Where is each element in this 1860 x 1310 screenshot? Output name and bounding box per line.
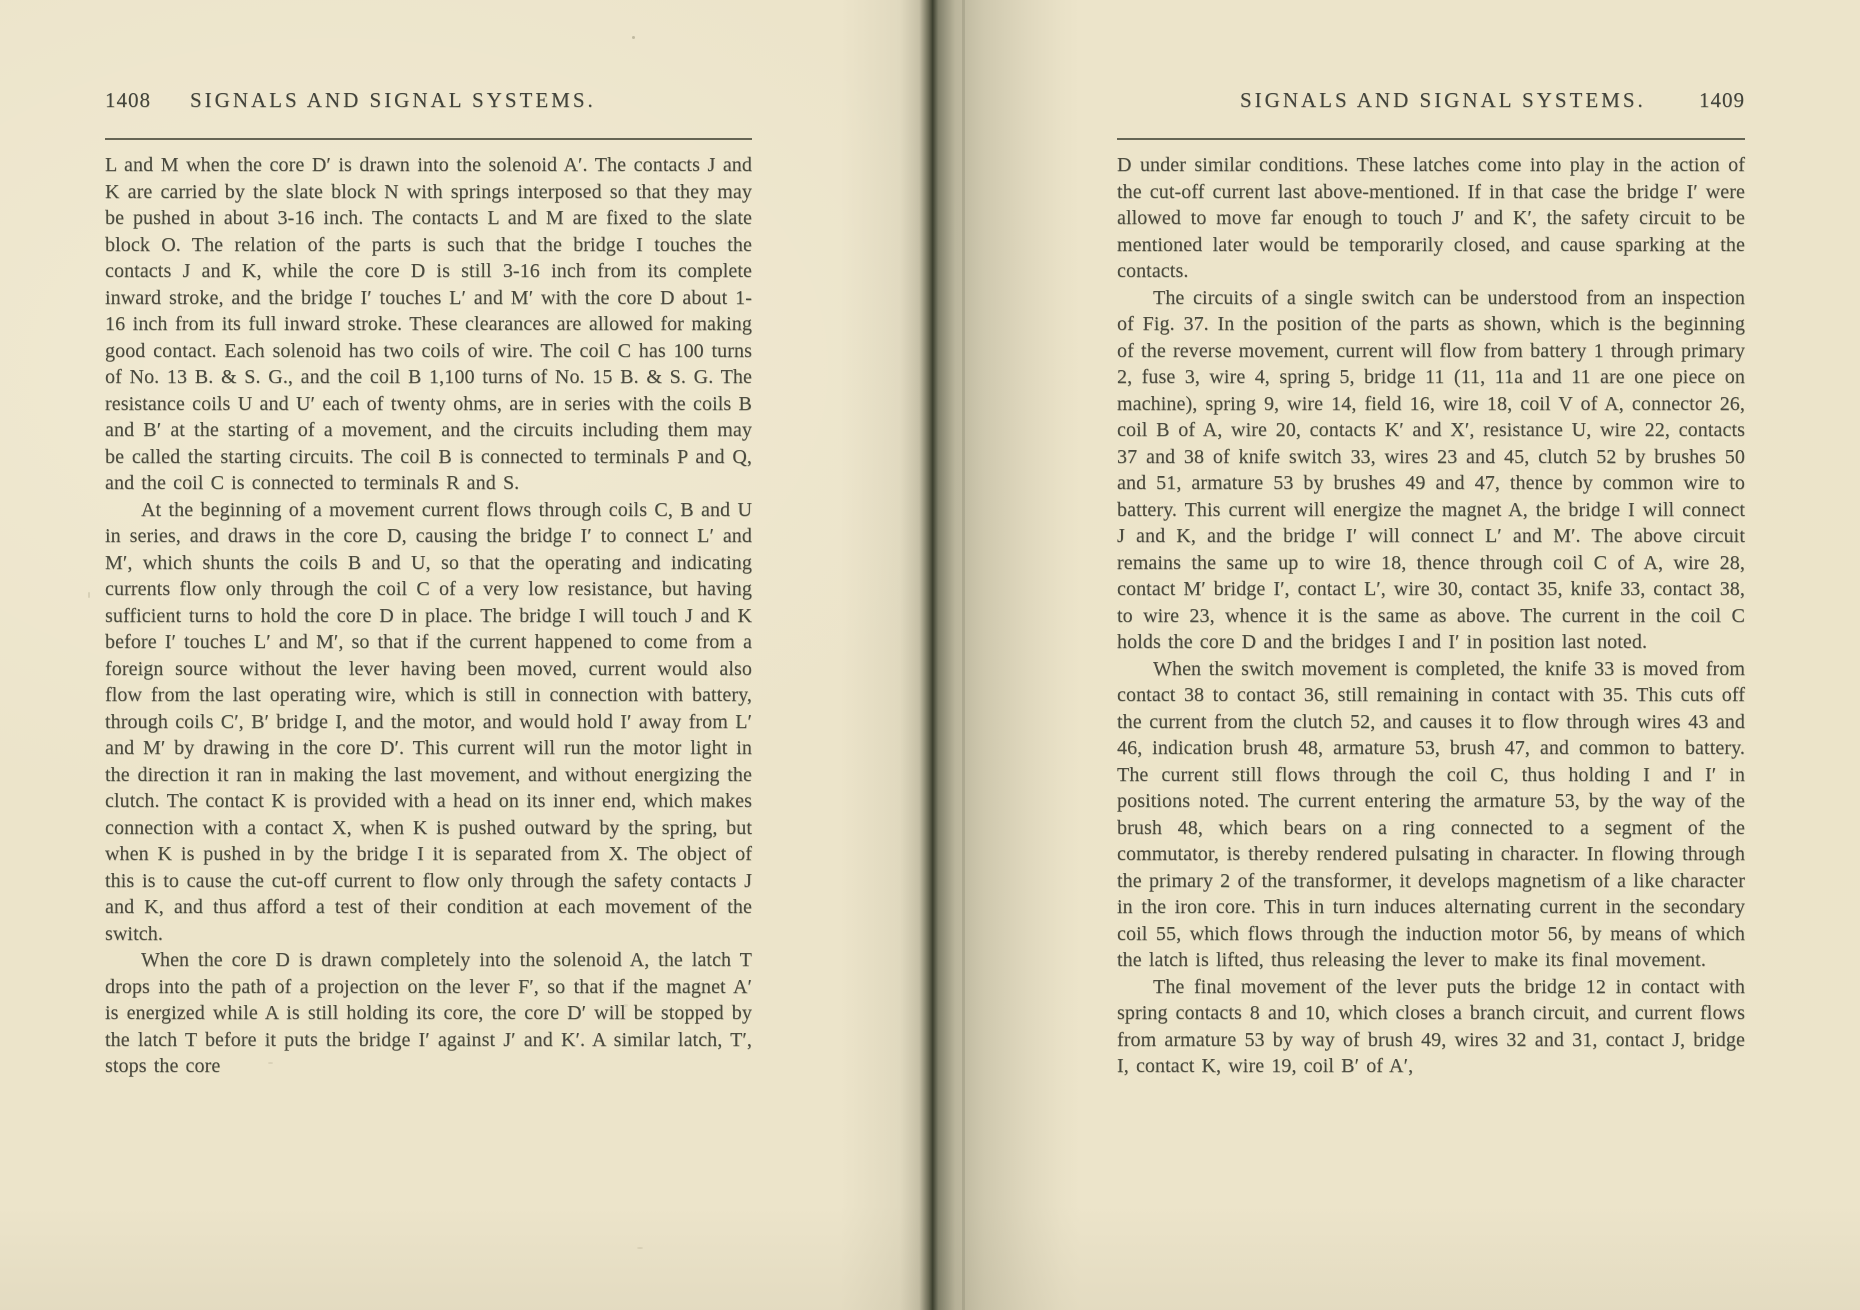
left-header-rule	[105, 138, 752, 140]
gutter-page-edge	[962, 0, 965, 1310]
right-page: SIGNALS AND SIGNAL SYSTEMS. 1409 D under…	[1117, 88, 1745, 1080]
paper-speck	[88, 592, 90, 598]
book-spread: 1408 SIGNALS AND SIGNAL SYSTEMS. L and M…	[0, 0, 1860, 1310]
right-running-title: SIGNALS AND SIGNAL SYSTEMS.	[1240, 88, 1646, 113]
right-page-header: SIGNALS AND SIGNAL SYSTEMS. 1409	[1117, 88, 1745, 118]
paragraph: When the switch movement is completed, t…	[1117, 656, 1745, 974]
left-page-body: L and M when the core D′ is drawn into t…	[105, 152, 752, 1080]
paragraph: D under similar conditions. These latche…	[1117, 152, 1745, 285]
paragraph: At the beginning of a movement current f…	[105, 497, 752, 948]
right-page-number: 1409	[1699, 88, 1745, 113]
left-page-header: 1408 SIGNALS AND SIGNAL SYSTEMS.	[105, 88, 752, 118]
paragraph: The circuits of a single switch can be u…	[1117, 285, 1745, 656]
paragraph: The final movement of the lever puts the…	[1117, 974, 1745, 1080]
left-page: 1408 SIGNALS AND SIGNAL SYSTEMS. L and M…	[105, 88, 752, 1080]
paper-speck	[632, 36, 635, 39]
left-page-number: 1408	[105, 88, 151, 113]
left-running-title: SIGNALS AND SIGNAL SYSTEMS.	[190, 88, 596, 113]
right-page-body: D under similar conditions. These latche…	[1117, 152, 1745, 1080]
paragraph: L and M when the core D′ is drawn into t…	[105, 152, 752, 497]
gutter-shadow	[840, 0, 1080, 1310]
paper-speck	[637, 1247, 643, 1249]
paragraph: When the core D is drawn completely into…	[105, 947, 752, 1080]
right-header-rule	[1117, 138, 1745, 140]
